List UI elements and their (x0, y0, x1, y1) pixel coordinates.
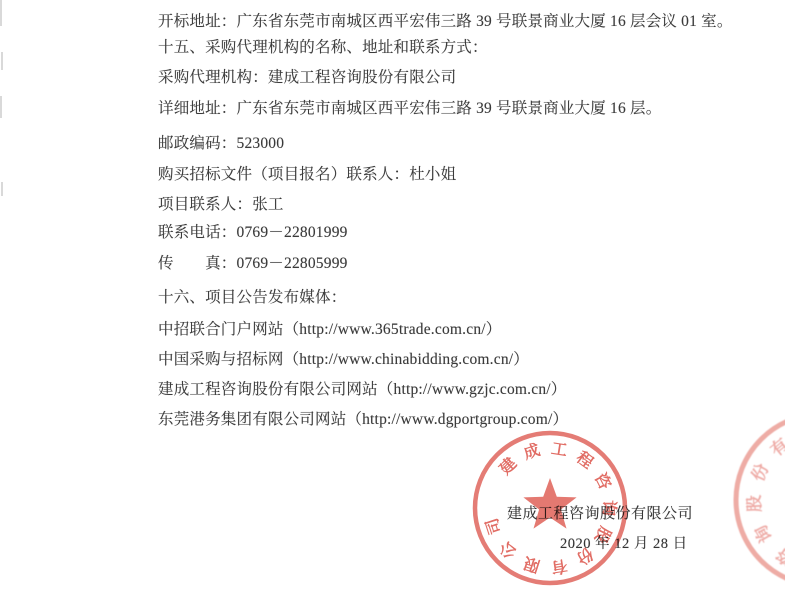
scan-artifact (0, 0, 2, 26)
scan-artifact (1, 182, 3, 196)
document-page: 开标地址：广东省东莞市南城区西平宏伟三路 39 号联景商业大厦 16 层会议 0… (0, 0, 785, 608)
document-line: 开标地址：广东省东莞市南城区西平宏伟三路 39 号联景商业大厦 16 层会议 0… (158, 9, 733, 31)
document-line: 中国采购与招标网（http://www.chinabidding.com.cn/… (158, 347, 529, 369)
company-seal-stamp-partial: 建成工程咨询股份有限公司 (722, 402, 785, 602)
seal-ring-char: 有 (766, 434, 785, 460)
seal-ring-char: 询 (750, 522, 776, 547)
seal-ring-char: 公 (496, 537, 521, 562)
document-line: 中招联合门户网站（http://www.365trade.com.cn/） (158, 317, 501, 339)
seal-ring (736, 414, 785, 586)
document-line: 建成工程咨询股份有限公司网站（http://www.gzjc.com.cn/） (158, 377, 566, 399)
document-line: 详细地址：广东省东莞市南城区西平宏伟三路 39 号联景商业大厦 16 层。 (158, 96, 661, 118)
document-line: 联系电话：0769－22801999 (158, 220, 348, 242)
seal-ring-char: 建 (496, 454, 520, 478)
document-line: 十五、采购代理机构的名称、地址和联系方式： (158, 35, 488, 57)
document-line: 东莞港务集团有限公司网站（http://www.dgportgroup.com/… (158, 407, 568, 429)
document-line: 邮政编码：523000 (158, 131, 284, 153)
signature-date: 2020 年 12 月 28 日 (560, 532, 688, 553)
seal-ring-char: 司 (482, 516, 505, 537)
document-line: 十六、项目公告发布媒体： (158, 285, 346, 307)
document-line: 采购代理机构：建成工程咨询股份有限公司 (158, 65, 456, 87)
seal-ring-char: 限 (521, 553, 542, 576)
seal-ring-char: 有 (550, 556, 569, 577)
seal-ring-char: 股 (745, 494, 765, 513)
scan-artifact (1, 52, 3, 70)
seal-ring-char: 程 (573, 447, 597, 472)
document-line: 项目联系人：张工 (158, 192, 284, 214)
signature-company-name: 建成工程咨询股份有限公司 (507, 502, 693, 523)
document-line: 购买招标文件（项目报名）联系人：杜小姐 (158, 162, 456, 184)
seal-ring-char: 成 (521, 441, 542, 463)
seal-ring-char: 工 (550, 441, 568, 460)
seal-ring-char: 咨 (772, 544, 785, 570)
seal-ring-char: 份 (747, 461, 772, 485)
document-line: 传 真：0769－22805999 (158, 251, 348, 273)
scan-artifact (0, 96, 2, 118)
seal-ring-text: 建成工程咨询股份有限公司 (745, 423, 785, 579)
seal-ring-char: 咨 (591, 470, 615, 493)
